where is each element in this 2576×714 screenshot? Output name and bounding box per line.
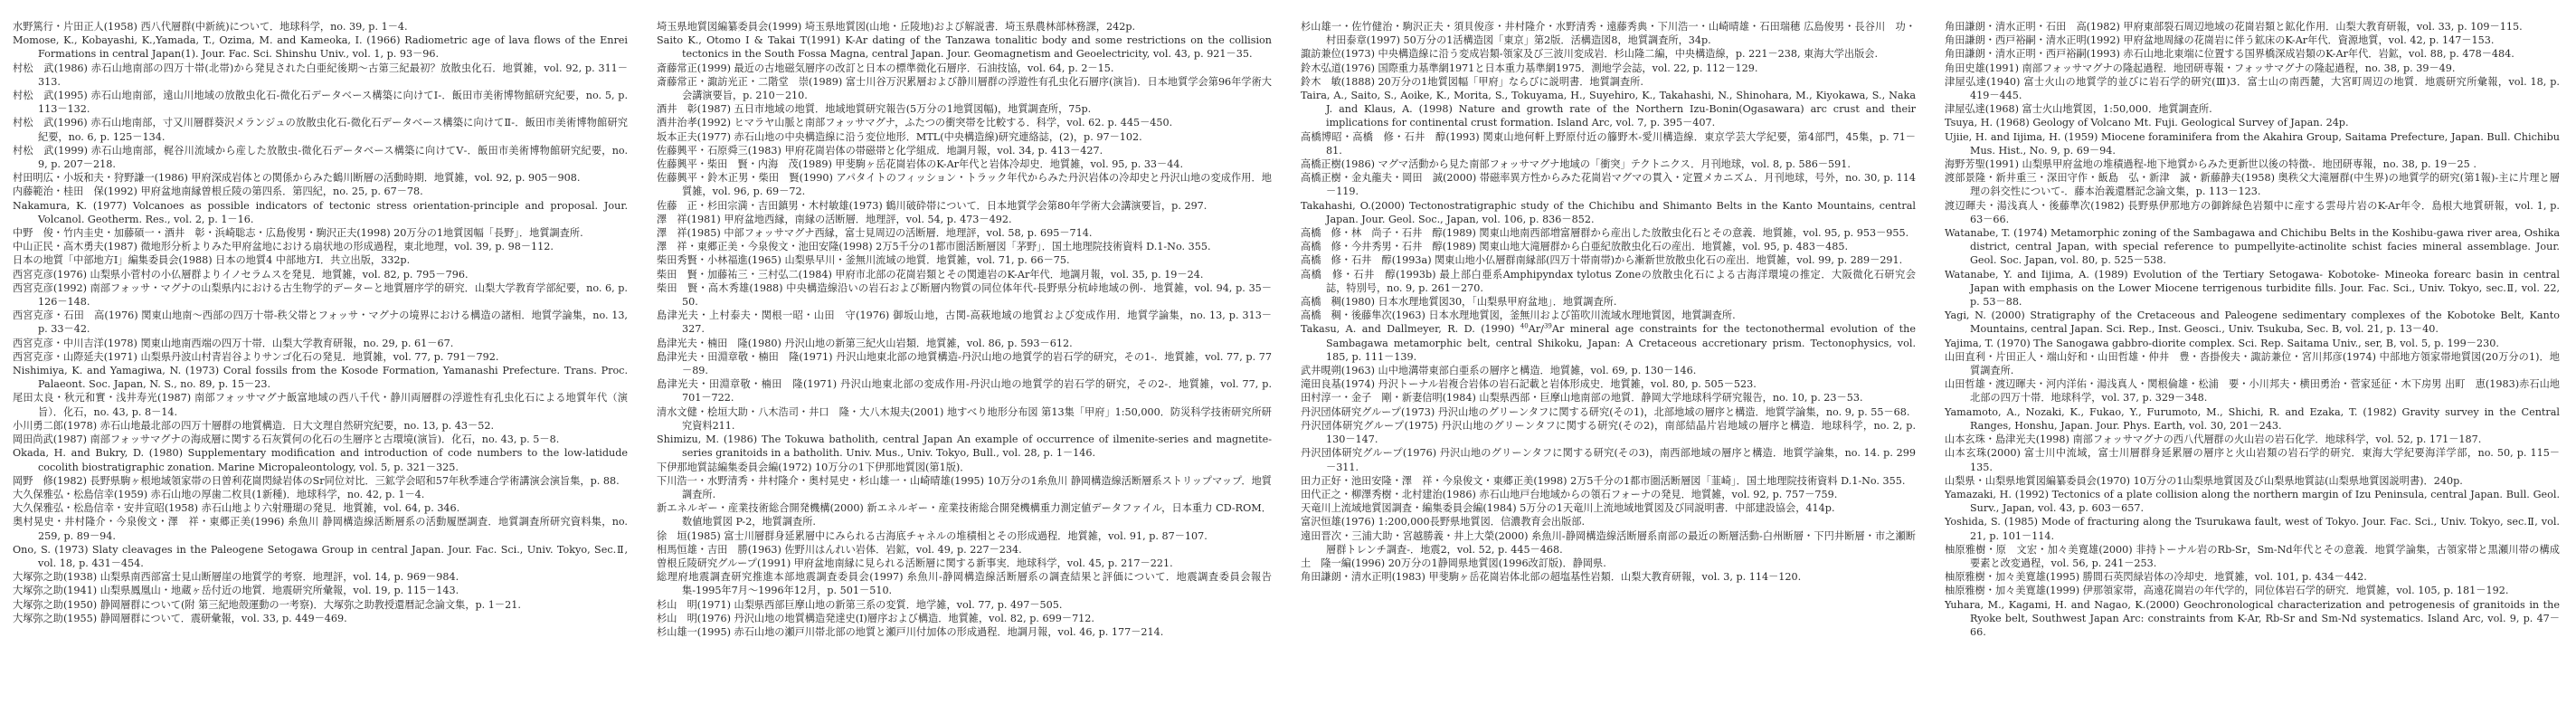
reference-entry: 澤 祥(1985) 中部フォッサマグナ西縁，富士見周辺の活断層．地理評，vol.… <box>657 226 1272 240</box>
reference-entry: Yamazaki, H. (1992) Tectonics of a plate… <box>1945 488 2560 515</box>
reference-entry: 柚原雅樹・原 文宏・加々美寛雄(2000) 非持トーナル岩のRb-Sr，Sm-N… <box>1945 543 2560 570</box>
reference-entry: 高橋 修・石井 醇(1993a) 関東山地小仏層群南縁部(四万十帯南帯)から漸新… <box>1301 253 1916 267</box>
reference-entry: 島津光夫・楠田 隆(1980) 丹沢山地の新第三紀火山岩類．地質雑，vol. 8… <box>657 337 1272 350</box>
reference-entry: 杉山 明(1971) 山梨県西部巨摩山地の新第三系の変質．地学雑，vol. 77… <box>657 598 1272 612</box>
reference-column-1: 水野篤行・片田正人(1958) 西八代層群(中新統)について．地球科学，no. … <box>0 20 644 714</box>
reference-column-2: 埼玉県地質図編纂委員会(1999) 埼玉県地質図(山地・丘陵地)および解説書．埼… <box>644 20 1288 714</box>
reference-entry: 山田哲雄・渡辺暉夫・河内洋佑・湯浅真人・関根倫雄・松浦 要・小川邦夫・横田勇治・… <box>1945 377 2560 405</box>
reference-entry: 高橋博昭・高橋 修・石井 醇(1993) 関東山地何軒上野原付近の籐野木-愛川構… <box>1301 130 1916 157</box>
reference-entry: 曽根丘陵研究グループ(1991) 甲府盆地南縁に見られる活断層に関する新事実．地… <box>657 557 1272 570</box>
reference-entry: 澤 祥(1981) 甲府盆地西縁，南縁の活断層．地理評，vol. 54, p. … <box>657 213 1272 226</box>
reference-entry: Nishimiya, K. and Yamagiwa, N. (1973) Co… <box>13 364 628 391</box>
reference-column-4: 角田謙朗・清水正明・石田 高(1982) 甲府東部裂石周辺地域の花崗岩類と鉱化作… <box>1932 20 2576 714</box>
reference-entry: 高橋 修・今井秀男・石井 醇(1989) 関東山地大滝層群から白亜紀放散虫化石の… <box>1301 240 1916 253</box>
reference-entry: 柚原雅樹・加々美寛雄(1995) 勝間石英閃緑岩体の冷却史．地質雑，vol. 1… <box>1945 570 2560 584</box>
reference-entry: 村松 武(1986) 赤石山地南部の四万十帯(北帯)から発見された白亜紀後期～古… <box>13 62 628 89</box>
reference-entry: Ujiie, H. and Iijima, H. (1959) Miocene … <box>1945 130 2560 157</box>
isotope-superscript: 39 <box>1544 323 1552 330</box>
reference-entry: 山本玄珠(2000) 富士川中流域，富士川層群身延累層の層序と火山岩類の岩石学的… <box>1945 446 2560 473</box>
reference-entry: 村松 武(1995) 赤石山地南部，遠山川地域の放散虫化石-微化石データベース構… <box>13 89 628 116</box>
reference-entry: 奥村晃史・井村隆介・今泉俊文・澤 祥・東郷正美(1996) 糸魚川 静岡構造線活… <box>13 515 628 542</box>
reference-entry: Yuhara, M., Kagami, H. and Nagao, K.(200… <box>1945 598 2560 640</box>
reference-entry: 佐藤 正・杉田宗満・吉田鎮男・木村敏雄(1973) 鶴川破砕帯について．日本地質… <box>657 199 1272 213</box>
reference-entry: 諏訪兼位(1973) 中央構造線に沿う変成岩類-領家及び三波川変成岩．杉山隆二編… <box>1301 47 1916 61</box>
reference-entry: Yagi, N. (2000) Stratigraphy of the Cret… <box>1945 309 2560 336</box>
reference-entry: 酒井 彰(1987) 五日市地域の地質．地域地質研究報告(5万分の1地質図幅)，… <box>657 102 1272 116</box>
reference-entry: 大塚弥之助(1938) 山梨県南西部富士見山断層崖の地質学的考察．地理評，vol… <box>13 570 628 584</box>
reference-entry: 柴田 賢・高木秀雄(1988) 中央構造線沿いの岩石および断層内物質の同位体年代… <box>657 281 1272 309</box>
reference-entry: 中山正民・高木勇夫(1987) 微地形分析よりみた甲府盆地における扇状地の形成過… <box>13 240 628 253</box>
reference-entry: 山梨県・山梨県地質図編纂委員会(1970) 10万分の1山梨県地質図及び山梨県地… <box>1945 474 2560 488</box>
reference-entry: 角田謙朗・清水正明(1983) 甲斐駒ヶ岳花崗岩体北部の超塩基性岩類．山梨大教育… <box>1301 570 1916 584</box>
reference-entry: 坂本正夫(1977) 赤石山地の中央構造線に沿う変位地形．MTL(中央構造線)研… <box>657 130 1272 144</box>
reference-entry: 杉山雄一・佐竹健治・駒沢正夫・須貝俊彦・井村隆介・水野清秀・遠藤秀典・下川浩一・… <box>1301 20 1916 47</box>
isotope-superscript: 40 <box>1520 323 1529 330</box>
reference-entry: 高橋正樹・金丸龍夫・岡田 誠(2000) 帯磁率異方性からみた花崗岩マグマの貫入… <box>1301 171 1916 198</box>
reference-entry: 天竜川上流域地質図調査・編集委員会編(1984) 5万分の1天竜川上流地域地質図… <box>1301 501 1916 515</box>
reference-entry: 滝田良基(1974) 丹沢トーナル岩複合岩体の岩石記載と岩体形成史．地質雑，vo… <box>1301 377 1916 391</box>
reference-entry: 柴田秀賢・小林福進(1965) 山梨県早川・釜無川流域の地質．地質雑，vol. … <box>657 253 1272 267</box>
reference-entry: Yajima, T. (1970) The Sanogawa gabbro-di… <box>1945 337 2560 350</box>
reference-entry: 角田史雄(1991) 南部フォッサマグナの隆起過程．地団研専報・フォッサマグナの… <box>1945 62 2560 75</box>
reference-entry: 大久保雅弘・松島信幸(1959) 赤石山地の厚歯二枚貝(1新種)．地球科学，no… <box>13 488 628 501</box>
reference-entry: 西宮克彦・山際延夫(1971) 山梨県丹波山村青岩谷よりサンゴ化石の発見．地質雑… <box>13 350 628 364</box>
reference-entry: 大塚弥之助(1950) 静岡層群について(附 第三紀地殻運動の一考察)．大塚弥之… <box>13 598 628 612</box>
reference-entry: 杉山 明(1976) 丹沢山地の地質構造発達史(Ⅰ)層序および構造．地質雑，vo… <box>657 612 1272 625</box>
reference-entry: 高橋 修・石井 醇(1993b) 最上部白亜系Amphipyndax tylot… <box>1301 268 1916 295</box>
reference-entry: 丹沢団体研究グループ(1976) 丹沢山地のグリーンタフに関する研究(その3)，… <box>1301 446 1916 473</box>
reference-entry: 遠田晋次・三浦大助・宮越勝義・井上大榮(2000) 糸魚川-静岡構造線活断層系南… <box>1301 529 1916 557</box>
reference-page: 水野篤行・片田正人(1958) 西八代層群(中新統)について．地球科学，no. … <box>0 0 2576 714</box>
reference-entry: 山田直利・片田正人・端山好和・山田哲雄・仲井 豊・沓掛俊夫・諏訪兼位・宮川邦彦(… <box>1945 350 2560 377</box>
reference-entry: Takahashi, O.(2000) Tectonostratigraphic… <box>1301 199 1916 226</box>
reference-entry: 渡辺暉夫・湯浅真人・後藤準次(1982) 長野県伊那地方の御鉾緑色岩類中に産する… <box>1945 199 2560 226</box>
reference-entry: 埼玉県地質図編纂委員会(1999) 埼玉県地質図(山地・丘陵地)および解説書．埼… <box>657 20 1272 33</box>
reference-entry: 田代正之・柳澤秀樹・北村建治(1986) 赤石山地戸台地域からの領石フォーナの発… <box>1301 488 1916 501</box>
reference-entry: 西宮克彦(1992) 南部フォッサ・マグナの山梨県内における古生物学的データーと… <box>13 281 628 309</box>
reference-entry: 高橋 稠(1980) 日本水理地質図30，「山梨県甲府盆地」．地質調査所. <box>1301 295 1916 309</box>
reference-entry: 佐藤興平・鈴木正男・柴田 賢(1990) アパタイトのフィッション・トラック年代… <box>657 171 1272 198</box>
reference-entry: Taira, A., Saito, S., Aoike, K., Morita,… <box>1301 89 1916 130</box>
reference-entry: 杉山雄一(1995) 赤石山地の瀬戸川帯北部の地質と瀬戸川付加体の形成過程．地調… <box>657 625 1272 639</box>
reference-entry: 角田謙朗・清水正明・石田 高(1982) 甲府東部裂石周辺地域の花崗岩類と鉱化作… <box>1945 20 2560 33</box>
reference-entry: 相馬恒雄・吉田 勝(1963) 佐野川はんれい岩体．岩鉱，vol. 49, p.… <box>657 543 1272 557</box>
reference-entry: 高橋 修・林 尚子・石井 醇(1989) 関東山地南西部増富層群から産出した放散… <box>1301 226 1916 240</box>
reference-column-3: 杉山雄一・佐竹健治・駒沢正夫・須貝俊彦・井村隆介・水野清秀・遠藤秀典・下川浩一・… <box>1288 20 1932 714</box>
reference-entry: 水野篤行・片田正人(1958) 西八代層群(中新統)について．地球科学，no. … <box>13 20 628 33</box>
reference-entry: Yoshida, S. (1985) Mode of fracturing al… <box>1945 515 2560 542</box>
reference-entry: 山本玄珠・島津光夫(1998) 南部フォッサマグナの西八代層群の火山岩の岩石化学… <box>1945 433 2560 446</box>
reference-entry: 鈴木 敏(1888) 20万分の1地質図幅「甲府」ならびに説明書．地質調査所. <box>1301 75 1916 89</box>
reference-entry: 高橋正樹(1986) マグマ活動から見た南部フォッサマグナ地域の「衝突」テクトニ… <box>1301 157 1916 171</box>
reference-entry: 島津光夫・田淵章敬・楠田 隆(1971) 丹沢山地東北部の変成作用-丹沢山地の地… <box>657 377 1272 405</box>
reference-entry: 斎藤常正・諏訪光正・二階堂 崇(1989) 富士川谷万沢累層および静川層群の浮遊… <box>657 75 1272 102</box>
reference-entry: Watanabe, T. (1974) Metamorphic zoning o… <box>1945 226 2560 268</box>
reference-entry: 津屋弘達(1940) 富士火山の地質学的並びに岩石学的研究(Ⅲ)3．富士山の南西… <box>1945 75 2560 102</box>
reference-entry: Ono, S. (1973) Slaty cleavages in the Pa… <box>13 543 628 570</box>
reference-entry: 渡部景隆・新井重三・深田守作・飯島 弘・新津 誠・新藤静夫(1958) 奥秩父大… <box>1945 171 2560 198</box>
reference-entry: 田力正好・池田安隆・澤 祥・今泉俊文・東郷正美(1998) 2万5千分の1都市圏… <box>1301 474 1916 488</box>
reference-entry: Momose, K., Kobayashi, K.,Yamada, T., Oz… <box>13 33 628 61</box>
reference-entry: 角田謙朗・清水正明・西戸裕嗣(1993) 赤石山地北東端に位置する国界橋深成岩類… <box>1945 47 2560 61</box>
reference-entry: 土 隆一編(1996) 20万分の1静岡県地質図(1996改訂版)．静岡県. <box>1301 557 1916 570</box>
reference-entry: 佐藤興平・石原舜三(1983) 甲府花崗岩体の帯磁帯と化学組成．地調月報，vol… <box>657 144 1272 157</box>
reference-entry: 柴田 賢・加藤祐三・三村弘二(1984) 甲府市北部の花崗岩類とその関連岩のK-… <box>657 268 1272 281</box>
reference-entry: 酒井治孝(1992) ヒマラヤ山脈と南部フォッサマグナ，ふたつの衝突帯を比較する… <box>657 116 1272 129</box>
reference-entry: 岡野 修(1982) 長野県駒ヶ根地域領家帯の日曽利花崗閃緑岩体のSr同位対比．… <box>13 474 628 488</box>
reference-entry: 丹沢団体研究グループ(1975) 丹沢山地のグリーンタフに関する研究(その2)，… <box>1301 419 1916 446</box>
reference-entry: 高橋 稠・後藤隼次(1963) 日本水理地質図，釜無川および笛吹川流域水理地質図… <box>1301 309 1916 322</box>
reference-entry: 村松 武(1996) 赤石山地南部，寸又川層群葵沢メランジュの放散虫化石-微化石… <box>13 116 628 143</box>
reference-entry: 下川浩一・水野清秀・井村隆介・奥村晃史・杉山雄一・山崎晴雄(1995) 10万分… <box>657 474 1272 501</box>
reference-entry: Tsuya, H. (1968) Geology of Volcano Mt. … <box>1945 116 2560 129</box>
reference-entry: 澤 祥・東郷正美・今泉俊文・池田安隆(1998) 2万5千分の1都市圏活断層図「… <box>657 240 1272 253</box>
reference-entry: 富沢恒雄(1976) 1:200,000長野県地質図．信濃教育会出版部. <box>1301 515 1916 528</box>
reference-entry: 小川勇二郎(1978) 赤石山地最北部の四万十層群の地質構造．日大文理自然研究紀… <box>13 419 628 433</box>
reference-entry: 大塚弥之助(1955) 静岡層群について．震研彙報，vol. 33, p. 44… <box>13 612 628 625</box>
reference-entry: Yamamoto, A., Nozaki, K., Fukao, Y., Fur… <box>1945 405 2560 433</box>
reference-entry: 佐藤興平・柴田 賢・内海 茂(1989) 甲斐駒ヶ岳花崗岩体のK-Ar年代と岩体… <box>657 157 1272 171</box>
reference-entry: 島津光夫・上村泰夫・関根一昭・山田 守(1976) 御坂山地，古関-高萩地域の地… <box>657 309 1272 336</box>
reference-entry: Takasu, A. and Dallmeyer, R. D. (1990) 4… <box>1301 322 1916 364</box>
reference-entry: 中野 俊・竹内圭史・加藤碩一・酒井 彰・浜崎聡志・広島俊男・駒沢正夫(1998)… <box>13 226 628 240</box>
reference-entry: 津屋弘達(1968) 富士火山地質図，1:50,000．地質調査所. <box>1945 102 2560 116</box>
reference-entry: 清水文健・桧垣大助・八木浩司・井口 隆・大八木規夫(2001) 地すべり地形分布… <box>657 405 1272 433</box>
reference-entry: 斎藤常正(1999) 最近の古地磁気層序の改訂と日本の標準微化石層序．石油技協，… <box>657 62 1272 75</box>
reference-entry: 丹沢団体研究グループ(1973) 丹沢山地のグリーンタフに関する研究(その1)，… <box>1301 405 1916 419</box>
reference-entry: 西宮克彦(1976) 山梨県小菅村の小仏層群よりイノセラムスを発見．地質雑，vo… <box>13 268 628 281</box>
reference-entry: 日本の地質「中部地方Ⅰ」編集委員会(1988) 日本の地質4 中部地方Ⅰ．共立出… <box>13 253 628 267</box>
reference-entry: 柚原雅樹・加々美寛雄(1999) 伊那領家帯，高遠花崗岩の年代学的，同位体岩石学… <box>1945 584 2560 597</box>
reference-entry: 村松 武(1999) 赤石山地南部，梶谷川流域から産した放散虫-微化石データベー… <box>13 144 628 171</box>
reference-entry: 鈴木弘道(1976) 国際重力基準網1971と日本重力基準網1975．測地学会誌… <box>1301 62 1916 75</box>
reference-entry: 大久保雅弘・松島信幸・安井宣昭(1958) 赤石山地より六射珊瑚の発見．地質雑，… <box>13 501 628 515</box>
reference-entry: 総理府地震調査研究推進本部地震調査委員会(1997) 糸魚川-静岡構造線活断層系… <box>657 570 1272 597</box>
reference-entry: Saito K., Otomo I & Takai T(1991) K-Ar d… <box>657 33 1272 61</box>
reference-entry: 尾田太良・秋元和實・浅井寿光(1987) 南部フォッサマグナ飯富地域の西八千代・… <box>13 391 628 418</box>
reference-entry: 徐 垣(1985) 富士川層群身延累層中にみられる古海底チャネルの堆積相とその形… <box>657 529 1272 543</box>
reference-entry: 田村淳一・金子 剛・新妻信明(1984) 山梨県西部・巨摩山地南部の地質．静岡大… <box>1301 391 1916 405</box>
reference-entry: 村田明広・小坂和夫・狩野謙一(1986) 甲府深成岩体との関係からみた鶴川断層の… <box>13 171 628 185</box>
reference-entry: 西宮克彦・石田 高(1976) 関東山地南～西部の四万十帯-秩父帯とフォッサ・マ… <box>13 309 628 336</box>
reference-entry: 大塚弥之助(1941) 山梨県鳳凰山・地蔵ヶ岳付近の地質．地震研究所彙報，vol… <box>13 584 628 597</box>
reference-entry: Nakamura, K. (1977) Volcanoes as possibl… <box>13 199 628 226</box>
reference-entry: 内藤範治・桂田 保(1992) 甲府盆地南縁曽根丘陵の第四系．第四紀，no. 2… <box>13 185 628 198</box>
reference-entry: Watanabe, Y. and Iijima, A. (1989) Evolu… <box>1945 268 2560 309</box>
reference-entry: 島津光夫・田淵章敬・楠田 隆(1971) 丹沢山地東北部の地質構造-丹沢山地の地… <box>657 350 1272 377</box>
reference-entry: Okada, H. and Bukry, D. (1980) Supplemen… <box>13 446 628 473</box>
reference-entry: 西宮克彦・中川吉洋(1978) 関東山地南西端の四万十帯．山梨大学教育研報，no… <box>13 337 628 350</box>
reference-entry: 下伊那地質誌編集委員会編(1972) 10万分の1下伊那地質図(第1版)． <box>657 461 1272 474</box>
reference-entry: 海野芳聖(1991) 山梨県甲府盆地の堆積過程-地下地質からみた更新世以後の特徴… <box>1945 157 2560 171</box>
reference-entry: Shimizu, M. (1986) The Tokuwa batholith,… <box>657 433 1272 460</box>
reference-entry: 新エネルギー・産業技術総合開発機構(2000) 新エネルギー・産業技術総合開発機… <box>657 501 1272 528</box>
reference-entry: 角田謙朗・西戸裕嗣・清水正明(1992) 甲府盆地周縁の花崗岩に伴う鉱床のK-A… <box>1945 33 2560 47</box>
reference-entry: 岡田尚武(1987) 南部フォッサマグナの海成層に関する石灰質何の化石の生層序と… <box>13 433 628 446</box>
reference-entry: 武井晛朔(1963) 山中地溝帯東部白亜系の層序と構造．地質雑，vol. 69,… <box>1301 364 1916 377</box>
